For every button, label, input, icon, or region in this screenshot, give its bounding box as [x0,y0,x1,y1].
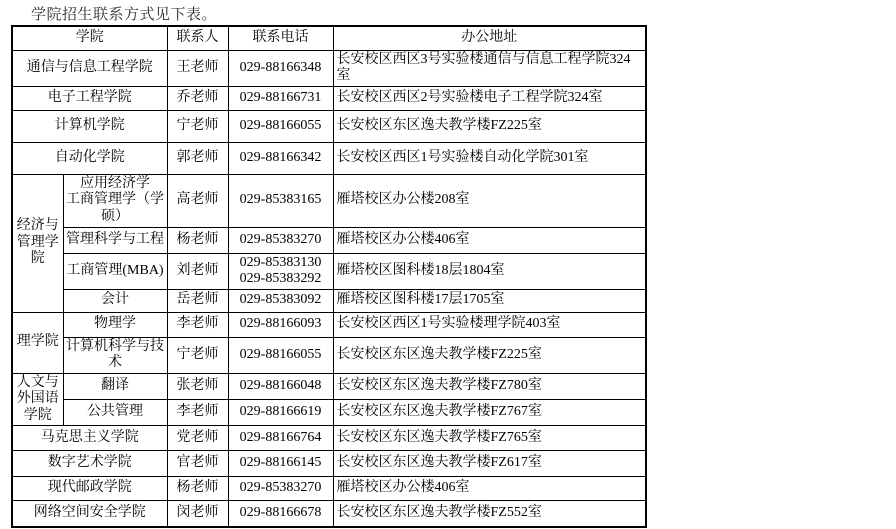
phone-cell: 029-88166048 [228,373,333,399]
header-address: 办公地址 [333,26,646,50]
table-row: 现代邮政学院 杨老师 029-85383270 雁塔校区办公楼406室 [12,477,646,501]
phone-cell: 029-88166342 [228,142,333,174]
address-cell: 长安校区东区逸夫教学楼FZ617室 [333,451,646,477]
address-cell: 长安校区东区逸夫教学楼FZ767室 [333,399,646,425]
contact-table: 学院 联系人 联系电话 办公地址 通信与信息工程学院 王老师 029-88166… [11,25,647,528]
major-cell: 物理学 [63,312,167,337]
address-cell: 长安校区东区逸夫教学楼FZ765室 [333,426,646,451]
address-cell: 雁塔校区办公楼208室 [333,174,646,227]
college-group-cell: 理学院 [12,312,63,373]
college-cell: 计算机学院 [12,110,167,142]
contact-cell: 闵老师 [167,501,228,527]
college-cell: 马克思主义学院 [12,426,167,451]
phone-cell: 029-88166145 [228,451,333,477]
contact-cell: 乔老师 [167,86,228,110]
header-college: 学院 [12,26,167,50]
address-cell: 长安校区西区1号实验楼自动化学院301室 [333,142,646,174]
contact-cell: 李老师 [167,399,228,425]
phone-cell: 029-88166348 [228,50,333,86]
table-row: 理学院 物理学 李老师 029-88166093 长安校区西区1号实验楼理学院4… [12,312,646,337]
header-phone: 联系电话 [228,26,333,50]
contact-cell: 刘老师 [167,253,228,289]
college-group-cell: 经济与管理学院 [12,174,63,312]
table-row: 公共管理 李老师 029-88166619 长安校区东区逸夫教学楼FZ767室 [12,399,646,425]
phone-cell: 029-88166678 [228,501,333,527]
table-row: 马克思主义学院 党老师 029-88166764 长安校区东区逸夫教学楼FZ76… [12,426,646,451]
table-row: 经济与管理学院 应用经济学 工商管理学（学硕） 高老师 029-85383165… [12,174,646,227]
address-cell: 长安校区西区2号实验楼电子工程学院324室 [333,86,646,110]
college-cell: 现代邮政学院 [12,477,167,501]
phone-cell: 029-85383165 [228,174,333,227]
contact-cell: 官老师 [167,451,228,477]
table-row: 计算机科学与技术 宁老师 029-88166055 长安校区东区逸夫教学楼FZ2… [12,337,646,373]
contact-cell: 杨老师 [167,227,228,253]
address-cell: 雁塔校区办公楼406室 [333,227,646,253]
phone-cell: 029-88166731 [228,86,333,110]
phone-cell: 029-88166093 [228,312,333,337]
table-row: 人文与外国语学院 翻译 张老师 029-88166048 长安校区东区逸夫教学楼… [12,373,646,399]
college-cell: 数字艺术学院 [12,451,167,477]
contact-cell: 郭老师 [167,142,228,174]
page-title: 学院招生联系方式见下表。 [31,3,217,24]
phone-cell: 029-88166055 [228,110,333,142]
phone-cell: 029-85383130 029-85383292 [228,253,333,289]
contact-cell: 宁老师 [167,110,228,142]
phone-cell: 029-88166619 [228,399,333,425]
contact-cell: 高老师 [167,174,228,227]
table-row: 计算机学院 宁老师 029-88166055 长安校区东区逸夫教学楼FZ225室 [12,110,646,142]
major-cell: 公共管理 [63,399,167,425]
college-cell: 网络空间安全学院 [12,501,167,527]
phone-cell: 029-85383270 [228,227,333,253]
address-cell: 长安校区东区逸夫教学楼FZ225室 [333,110,646,142]
address-cell: 长安校区东区逸夫教学楼FZ780室 [333,373,646,399]
address-cell: 雁塔校区图科楼18层1804室 [333,253,646,289]
college-cell: 电子工程学院 [12,86,167,110]
contact-cell: 宁老师 [167,337,228,373]
address-cell: 长安校区西区1号实验楼理学院403室 [333,312,646,337]
major-cell: 管理科学与工程 [63,227,167,253]
table-row: 工商管理(MBA) 刘老师 029-85383130 029-85383292 … [12,253,646,289]
table-header-row: 学院 联系人 联系电话 办公地址 [12,26,646,50]
major-cell: 工商管理(MBA) [63,253,167,289]
page: 学院招生联系方式见下表。 学院 联系人 联系电话 办公地址 通信与信息工程学院 … [0,0,896,529]
contact-cell: 党老师 [167,426,228,451]
address-cell: 雁塔校区图科楼17层1705室 [333,289,646,312]
major-cell: 计算机科学与技术 [63,337,167,373]
college-cell: 自动化学院 [12,142,167,174]
address-cell: 长安校区东区逸夫教学楼FZ225室 [333,337,646,373]
address-cell: 雁塔校区办公楼406室 [333,477,646,501]
contact-cell: 王老师 [167,50,228,86]
phone-cell: 029-85383092 [228,289,333,312]
college-cell: 通信与信息工程学院 [12,50,167,86]
table-row: 管理科学与工程 杨老师 029-85383270 雁塔校区办公楼406室 [12,227,646,253]
phone-cell: 029-88166055 [228,337,333,373]
table-row: 电子工程学院 乔老师 029-88166731 长安校区西区2号实验楼电子工程学… [12,86,646,110]
table-row: 数字艺术学院 官老师 029-88166145 长安校区东区逸夫教学楼FZ617… [12,451,646,477]
table-row: 网络空间安全学院 闵老师 029-88166678 长安校区东区逸夫教学楼FZ5… [12,501,646,527]
contact-cell: 杨老师 [167,477,228,501]
major-cell: 应用经济学 工商管理学（学硕） [63,174,167,227]
table-row: 自动化学院 郭老师 029-88166342 长安校区西区1号实验楼自动化学院3… [12,142,646,174]
contact-cell: 李老师 [167,312,228,337]
contact-cell: 张老师 [167,373,228,399]
college-group-cell: 人文与外国语学院 [12,373,63,426]
address-cell: 长安校区西区3号实验楼通信与信息工程学院324室 [333,50,646,86]
table-row: 会计 岳老师 029-85383092 雁塔校区图科楼17层1705室 [12,289,646,312]
phone-cell: 029-88166764 [228,426,333,451]
major-cell: 会计 [63,289,167,312]
major-cell: 翻译 [63,373,167,399]
address-cell: 长安校区东区逸夫教学楼FZ552室 [333,501,646,527]
header-contact: 联系人 [167,26,228,50]
table-row: 通信与信息工程学院 王老师 029-88166348 长安校区西区3号实验楼通信… [12,50,646,86]
phone-cell: 029-85383270 [228,477,333,501]
contact-cell: 岳老师 [167,289,228,312]
